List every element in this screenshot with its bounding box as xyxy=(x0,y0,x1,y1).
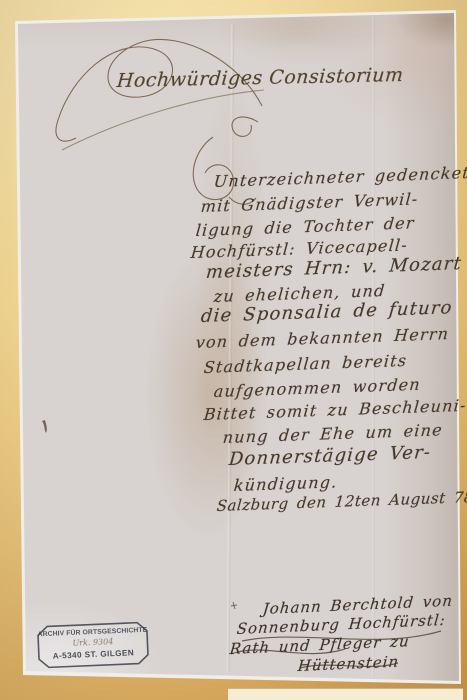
archive-stamp: ARCHIV FÜR ORTSGESCHICHTE Urk. 9304 A-53… xyxy=(35,620,151,671)
second-sheet-edge xyxy=(228,688,463,700)
manuscript-line: kündigung. xyxy=(233,472,338,495)
